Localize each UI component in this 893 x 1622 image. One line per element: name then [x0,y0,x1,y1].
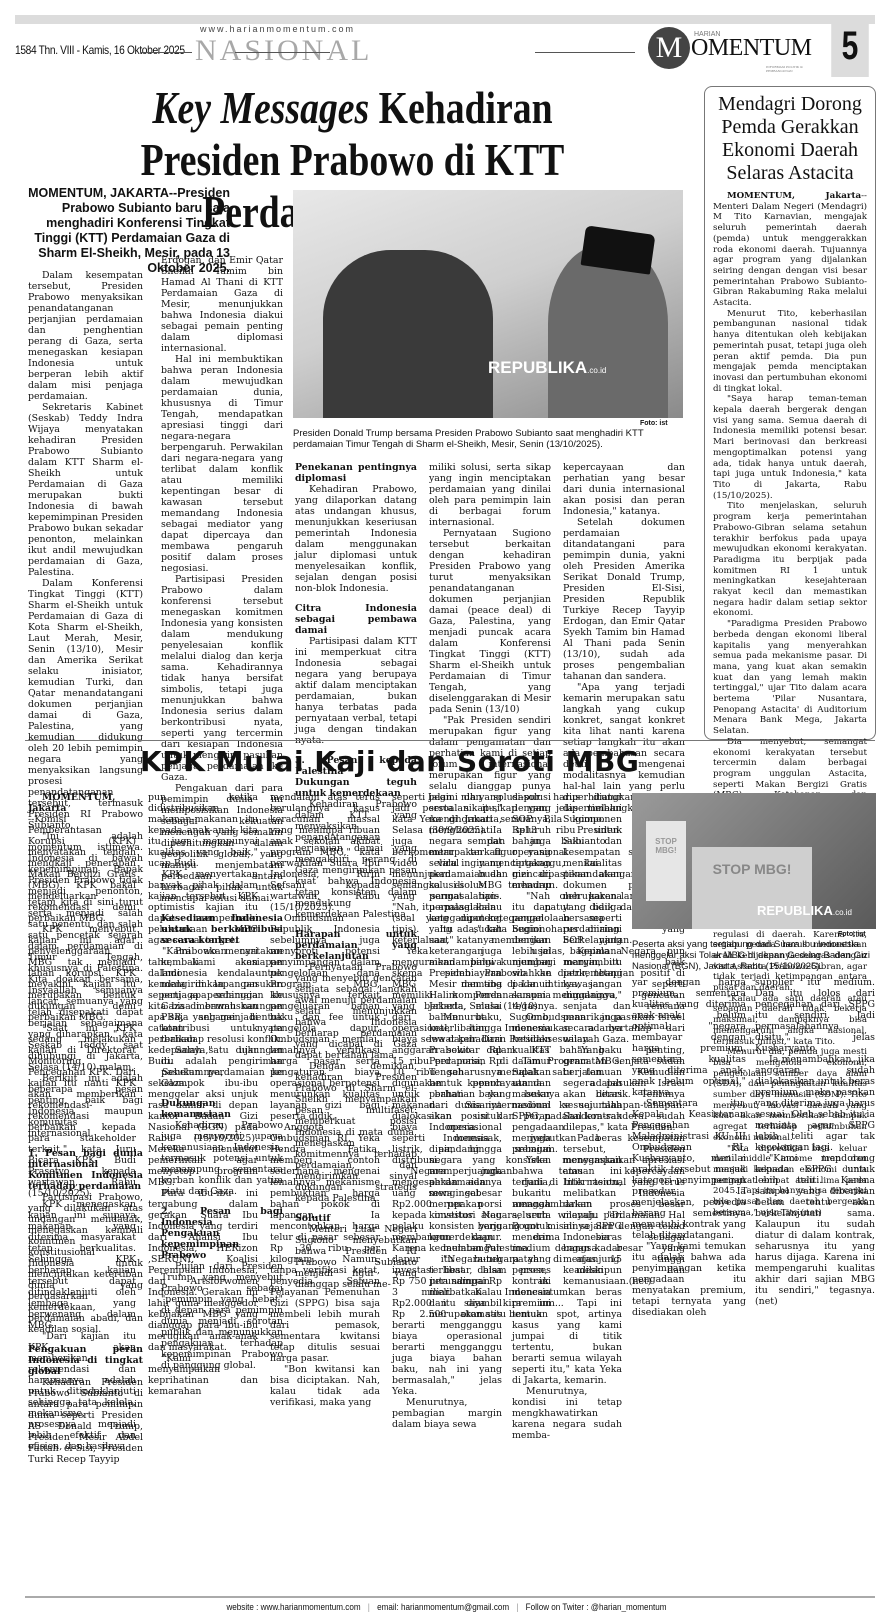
momentum-logo: M HARIAN OMENTUM INFORMASI POLITIK & PEM… [648,27,812,69]
masthead-rule [235,52,330,53]
protest-sign: STOP MBG! [646,821,686,901]
photo-caption: Peserta aksi yang tergabung dari Suara I… [632,939,876,972]
masthead-bar [15,15,875,24]
article2-dateline: MOMENTUM, Jakarta [28,792,115,814]
footer-website: website : www.harianmomentum.com [226,1602,360,1612]
article2-col3: mendalam atas terus berulangnya kasus ke… [270,792,380,1408]
article2-col6: yar dengan harga premium, sementara kual… [632,977,746,1318]
subhead: Penekanan pentingnya diplomasi [295,462,417,484]
logo-m-icon: M [648,27,690,69]
article2-col2: pun ketika didistribusikan makanan-makan… [148,792,258,1397]
person-figure [323,250,493,418]
photo-caption: Presiden Donald Trump bersama Presiden P… [293,428,683,450]
photo-watermark: REPUBLIKA.co.id [488,358,606,378]
headline-italic: Key Messages [152,82,369,133]
article2-col5: dapur harus diatur dengan jelas melalui … [512,792,622,1441]
masthead-website: www.harianmomentum.com [200,24,320,34]
article2-col7: supplier itu medium. Dan itu lolos dari … [755,977,875,1307]
sidebar-article: Mendagri Dorong Pemda Gerakkan Ekonomi D… [704,86,876,740]
masthead-rule [140,52,192,53]
article-divider [25,740,875,741]
masthead-rule [535,52,635,53]
edition-date: 1584 Thn. VIII - Kamis, 16 Oktober 2025 [15,43,185,57]
footer-rule [25,1596,875,1598]
footer-twitter: Follow on Twiter : @harian_momentum [526,1602,667,1612]
footer: website : www.harianmomentum.com|email: … [45,1602,849,1612]
photo-watermark: REPUBLIKA.co.id [757,903,852,918]
sidebar-headline: Mendagri Dorong Pemda Gerakkan Ekonomi D… [713,93,867,185]
article1-photo: REPUBLIKA.co.id [293,190,683,418]
article2-col4: seperti begini nih yang jadi persoalan i… [392,792,502,1430]
article2-col1: MOMENTUM, Jakarta --Komisi Pemberantasan… [28,792,136,1452]
section-name: NASIONAL [195,34,320,68]
footer-email: email: harianmomentum@gmail.com [377,1602,509,1612]
article2-photo: STOP MBG! STOP MBG! REPUBLIKA.co.id [632,793,876,929]
photo-credit: Foto: ist [838,931,866,938]
logo-tagline: INFORMASI POLITIK & PEMBANGUNAN [766,65,812,73]
subhead: Citra Indonesia sebagai pembawa damai [295,603,417,636]
logo-text: OMENTUM [691,35,812,62]
photo-credit: Foto: ist [640,420,668,427]
sidebar-dateline: MOMENTUM, Jakarta [727,191,861,201]
page-number: 5 [831,15,869,77]
article2-headline: KPK Mulai Kaji dan Soroti MBG [140,745,639,778]
logo-harian: HARIAN [694,31,720,38]
